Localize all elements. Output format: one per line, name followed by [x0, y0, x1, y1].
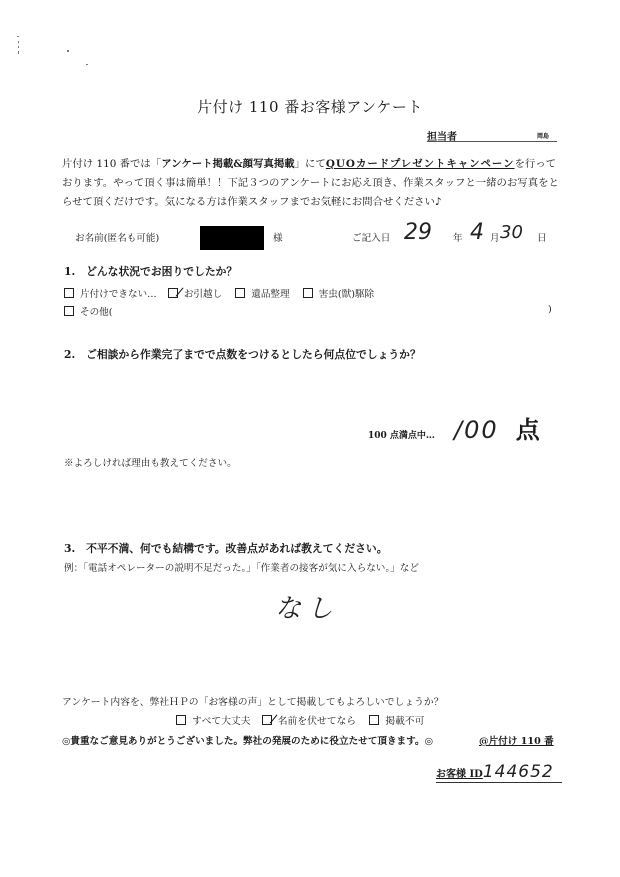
- date-label: ご記入日: [352, 230, 390, 244]
- year-unit: 年: [453, 230, 463, 244]
- intro-paragraph: 片付け 110 番では「アンケート掲載&顔写真掲載」にてQUOカードプレゼントキ…: [62, 155, 562, 212]
- score-value[interactable]: /00: [454, 416, 499, 444]
- thanks-message: ◎貴重なご意見ありがとうございました。弊社の発展のために役立たせて頂きます。◎: [62, 733, 433, 747]
- q2-question: 2. ご相談から作業完了までで点数をつけるとしたら何点位でしょうか？: [64, 347, 421, 362]
- date-year[interactable]: 29: [404, 220, 432, 245]
- reason-prompt: ※よろしければ理由も教えてください。: [64, 455, 237, 469]
- campaign-name: アンケート掲載&顔写真掲載: [161, 158, 294, 170]
- q1-question: 1. どんな状況でお困りでしたか？: [64, 264, 237, 279]
- q3-example: 例：「電話オペレーターの説明不足だった。」「作業者の接客が気に入らない。」など: [64, 560, 419, 574]
- checkbox[interactable]: [303, 288, 313, 298]
- score-row: 100 点満点中… /00 点: [368, 410, 540, 445]
- q1-other-close: ): [548, 304, 552, 315]
- customer-id-field: お客様 ID144652: [436, 762, 562, 783]
- q1-option-pest[interactable]: 害虫(獣)駆除: [303, 289, 374, 300]
- checkbox[interactable]: [176, 715, 186, 725]
- consent-question: アンケート内容を、弊社ＨＰの「お客様の声」として掲載してもよろしいでしょうか？: [62, 694, 444, 708]
- consent-option-all-ok[interactable]: すべて大丈夫: [176, 716, 251, 727]
- checkbox[interactable]: [64, 288, 74, 298]
- consent-options: すべて大丈夫 名前を伏せてなら 掲載不可: [176, 713, 424, 727]
- date-month[interactable]: 4: [470, 220, 484, 245]
- checkbox[interactable]: [369, 715, 379, 725]
- checkbox[interactable]: [235, 288, 245, 298]
- honorific: 様: [273, 230, 283, 244]
- staff-stamp: 岡島: [537, 131, 549, 140]
- q1-option-moving[interactable]: お引越し: [168, 289, 222, 300]
- company-signature: @片付け 110 番: [479, 733, 554, 747]
- consent-option-decline[interactable]: 掲載不可: [369, 716, 424, 727]
- q3-answer[interactable]: なし: [275, 588, 339, 625]
- form-title: 片付け 110 番お客様アンケート: [0, 96, 620, 117]
- customer-id-label: お客様 ID: [436, 769, 483, 780]
- checkbox[interactable]: [64, 306, 74, 316]
- checkbox-checked[interactable]: [262, 715, 272, 725]
- customer-id-value[interactable]: 144652: [483, 762, 554, 782]
- name-redaction: [200, 226, 264, 250]
- month-unit: 月: [490, 230, 500, 244]
- date-day[interactable]: 30: [500, 222, 523, 243]
- score-prefix: 100 点満点中…: [368, 431, 435, 441]
- day-unit: 日: [537, 230, 547, 244]
- q1-option-other[interactable]: その他(: [64, 304, 113, 318]
- q1-option-estate[interactable]: 遺品整理: [235, 289, 289, 300]
- staff-line: [427, 141, 557, 142]
- consent-option-anonymous[interactable]: 名前を伏せてなら: [262, 716, 356, 727]
- q3-question: 3. 不平不満、何でも結構です。改善点があれば教えてください。: [64, 541, 388, 556]
- name-label: お名前(匿名も可能): [75, 230, 159, 244]
- score-unit: 点: [516, 416, 540, 444]
- q1-options: 片付けできない… お引越し 遺品整理 害虫(獣)駆除: [64, 286, 374, 300]
- campaign-highlight: QUOカードプレゼントキャンペーン: [326, 158, 515, 170]
- q1-option-cant-tidy[interactable]: 片付けできない…: [64, 289, 157, 300]
- checkbox-checked[interactable]: [168, 288, 178, 298]
